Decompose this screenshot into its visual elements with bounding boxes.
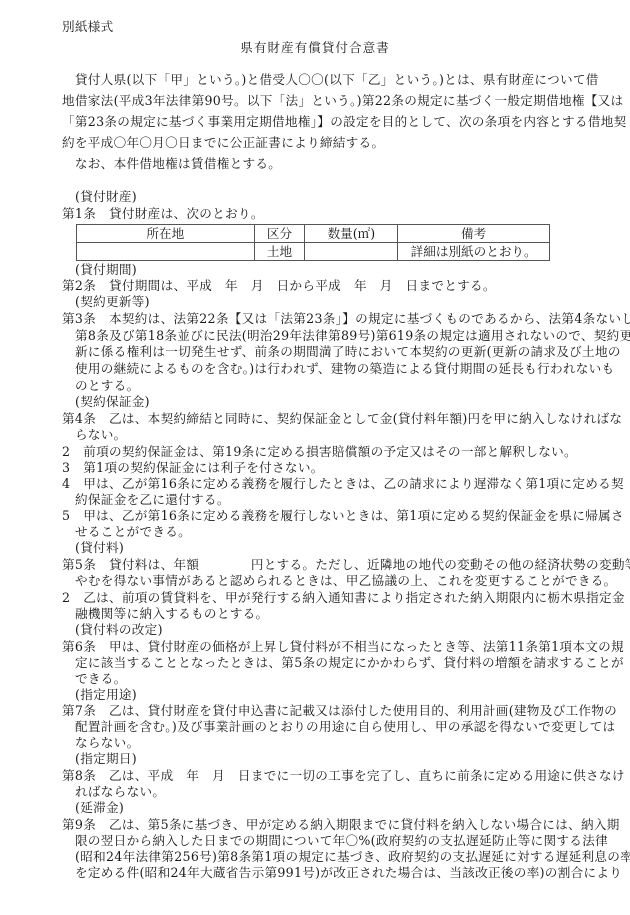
article-4-line: らない。: [75, 427, 127, 443]
document-title: 県有財産有償貸付合意書: [0, 40, 630, 56]
article-3-line: 新に係る権利は一切発生せず、前条の期間満了時において本契約の更新(更新の請求及び…: [75, 344, 621, 360]
header-remarks: 備考: [398, 225, 550, 243]
article-5-line: 2 乙は、前項の賃貸料を、甲が発行する納入通知書により指定された納入期限内に栃木…: [62, 590, 625, 606]
article-7-line: 配置計画を含む。)及び事業計画のとおりの用途に自ら使用し、甲の承認を得ないで変更…: [75, 719, 615, 735]
form-label: 別紙様式: [62, 19, 114, 35]
article-1-heading: (貸付財産): [75, 189, 137, 205]
preamble-line: なお、本件借地権は賃借権とする。: [62, 156, 281, 172]
table-row: 土地 詳細は別紙のとおり。: [77, 243, 550, 261]
header-location: 所在地: [77, 225, 255, 243]
header-category: 区分: [254, 225, 305, 243]
article-4-line: せることができる。: [75, 524, 191, 540]
article-4-heading: (契約保証金): [75, 394, 150, 410]
article-5-heading: (貸付料): [75, 540, 124, 556]
article-4-line: 2 前項の契約保証金は、第19条に定める損害賠償額の予定又はその一部と解釈しない…: [62, 444, 577, 460]
article-9-line: を定める件(昭和24年大蔵省告示第991号)が改正された場合は、当該改正後の率)…: [75, 865, 622, 881]
preamble-line: 約を平成〇年〇月〇日までに公正証書により締結する。: [62, 135, 384, 151]
article-4-line: 5 甲は、乙が第16条に定める義務を履行しないときは、第1項に定める契約保証金を…: [62, 508, 624, 524]
cell-category: 土地: [254, 243, 305, 261]
article-8-heading: (指定期日): [75, 751, 137, 767]
article-7-line: ならない。: [75, 735, 139, 751]
article-8-line: 第8条 乙は、平成 年 月 日までに一切の工事を完了し、直ちに前条に定める用途に…: [62, 768, 625, 784]
article-8-line: ればならない。: [75, 784, 165, 800]
article-3-line: 第3条 本契約は、法第22条【又は「法第23条」】の規定に基づくものであるから、…: [62, 311, 630, 327]
article-3-line: 使用の継続によるものを含む。)は行われず、建物の築造による貸付期間の延長も行われ…: [75, 361, 614, 377]
cell-quantity: [305, 243, 398, 261]
cell-location: [77, 243, 255, 261]
preamble-line: 地借家法(平成3年法律第90号。以下「法」という。)第22条の規定に基づく一般定…: [62, 93, 623, 109]
article-2-line: 第2条 貸付期間は、平成 年 月 日から平成 年 月 日までとする。: [62, 278, 496, 294]
article-9-line: (昭和24年法律第256号)第8条第1項の規定に基づき、政府契約の支払遅延に対す…: [75, 849, 630, 865]
preamble-line: 貸付人県(以下「甲」という。)と借受人〇〇(以下「乙」という。)とは、県有財産に…: [62, 72, 599, 88]
article-9-line: 第9条 乙は、第5条に基づき、甲が定める納入期限までに貸付料を納入しない場合には…: [62, 817, 620, 833]
article-9-heading: (延滞金): [75, 800, 124, 816]
article-4-line: 約保証金を乙に還付する。: [75, 492, 230, 508]
article-6-line: 第6条 甲は、貸付財産の価格が上昇し貸付料が不相当になったとき等、法第11条第1…: [62, 639, 624, 655]
cell-remarks: 詳細は別紙のとおり。: [398, 243, 550, 261]
article-5-line: 第5条 貸付料は、年額 円とする。ただし、近隣地の地代の変動その他の経済状勢の変…: [62, 557, 630, 573]
article-6-heading: (貸付料の改定): [75, 622, 163, 638]
article-7-line: 第7条 乙は、貸付財産を貸付申込書に記載又は添付した使用目的、利用計画(建物及び…: [62, 703, 617, 719]
preamble-line: 「第23条の規定に基づく事業用定期借地権」】の設定を目的として、次の条項を内容と…: [62, 114, 627, 130]
article-6-line: 定に該当することとなったときは、第5条の規定にかかわらず、貸付料の増額を請求する…: [75, 655, 624, 671]
article-2-heading: (貸付期間): [75, 262, 137, 278]
header-quantity: 数量(㎡): [305, 225, 398, 243]
article-1-text: 第1条 貸付財産は、次のとおり。: [62, 206, 264, 222]
article-5-line: 融機関等に納入するものとする。: [75, 606, 268, 622]
article-5-line: やむを得ない事情があると認められるときは、甲乙協議の上、これを変更することができ…: [75, 573, 617, 589]
article-3-line: のとする。: [75, 378, 139, 394]
table-header-row: 所在地 区分 数量(㎡) 備考: [77, 225, 550, 243]
article-4-line: 4 甲は、乙が第16条に定める義務を履行したときは、乙の請求により遅滞なく第1項…: [62, 476, 624, 492]
article-6-line: できる。: [75, 671, 127, 687]
article-9-line: 限の翌日から納入した日までの期間について年〇%(政府契約の支払遅延防止等に関する…: [75, 833, 608, 849]
article-4-line: 3 第1項の契約保証金には利子を付さない。: [62, 460, 324, 476]
property-table: 所在地 区分 数量(㎡) 備考 土地 詳細は別紙のとおり。: [76, 224, 550, 261]
article-7-heading: (指定用途): [75, 687, 137, 703]
article-3-heading: (契約更新等): [75, 294, 150, 310]
article-4-line: 第4条 乙は、本契約締結と同時に、契約保証金として金(貸付料年額)円を甲に納入し…: [62, 411, 622, 427]
article-3-line: 第8条及び第18条並びに民法(明治29年法律第89号)第619条の規定は適用され…: [75, 328, 630, 344]
